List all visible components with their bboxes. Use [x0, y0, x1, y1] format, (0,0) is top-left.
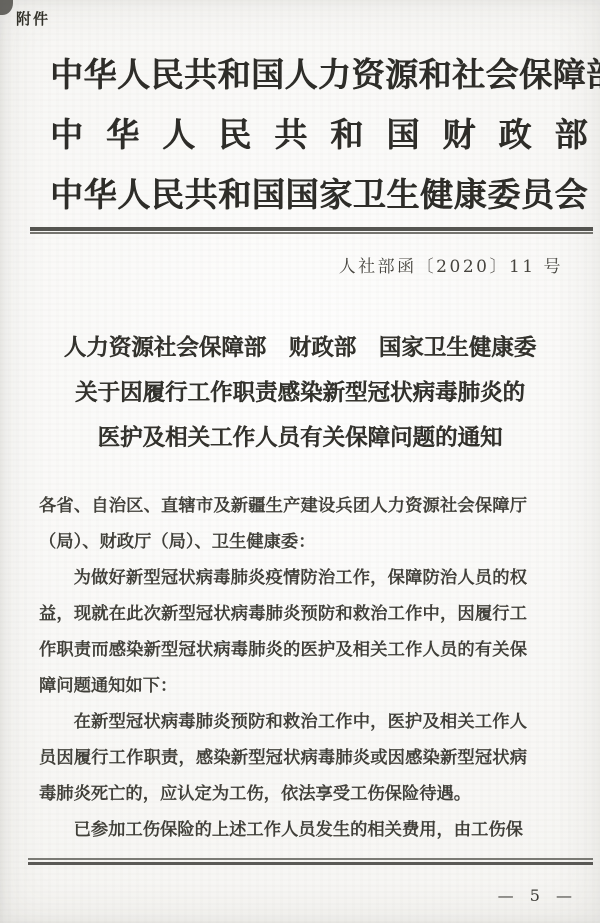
paragraph-purpose: 为做好新型冠状病毒肺炎疫情防治工作，保障防治人员的权益，现就在此次新型冠状病毒肺… — [39, 560, 527, 704]
header-separator-rule — [30, 227, 593, 234]
paragraph-work-injury-recognition: 在新型冠状病毒肺炎预防和救治工作中，医护及相关工作人员因履行工作职责，感染新型冠… — [39, 704, 527, 812]
scanned-document-page: 附件 中华人民共和国人力资源和社会保障部 中华人民共和国财政部 中华人民共和国国… — [0, 0, 600, 923]
salutation-addressees: 各省、自治区、直辖市及新疆生产建设兵团人力资源社会保障厅（局）、财政厅（局）、卫… — [39, 488, 527, 560]
paragraph-insurance-costs: 已参加工伤保险的上述工作人员发生的相关费用，由工伤保 — [39, 812, 527, 848]
page-number: — 5 — — [498, 886, 573, 905]
attachment-label: 附件 — [16, 8, 50, 29]
org-line-mohrss: 中华人民共和国人力资源和社会保障部 — [50, 45, 588, 105]
org-line-nhc: 中华人民共和国国家卫生健康委员会 — [50, 165, 588, 225]
document-body: 各省、自治区、直辖市及新疆生产建设兵团人力资源社会保障厅（局）、财政厅（局）、卫… — [39, 488, 527, 848]
separator-thick-line — [30, 227, 593, 231]
issuing-organizations: 中华人民共和国人力资源和社会保障部 中华人民共和国财政部 中华人民共和国国家卫生… — [50, 45, 588, 225]
footer-thick-line — [28, 862, 593, 865]
footer-thin-line — [28, 858, 593, 860]
title-line-subject: 关于因履行工作职责感染新型冠状病毒肺炎的 — [0, 371, 600, 416]
title-line-notice: 医护及相关工作人员有关保障问题的通知 — [0, 416, 600, 461]
title-line-issuers: 人力资源社会保障部 财政部 国家卫生健康委 — [0, 326, 600, 371]
footer-separator-rule — [28, 858, 593, 865]
document-reference-number: 人社部函〔2020〕11 号 — [339, 252, 563, 277]
separator-thin-line — [30, 232, 593, 234]
document-title: 人力资源社会保障部 财政部 国家卫生健康委 关于因履行工作职责感染新型冠状病毒肺… — [0, 326, 600, 461]
org-line-mof: 中华人民共和国财政部 — [50, 105, 588, 165]
scan-corner-artifact — [0, 0, 13, 15]
